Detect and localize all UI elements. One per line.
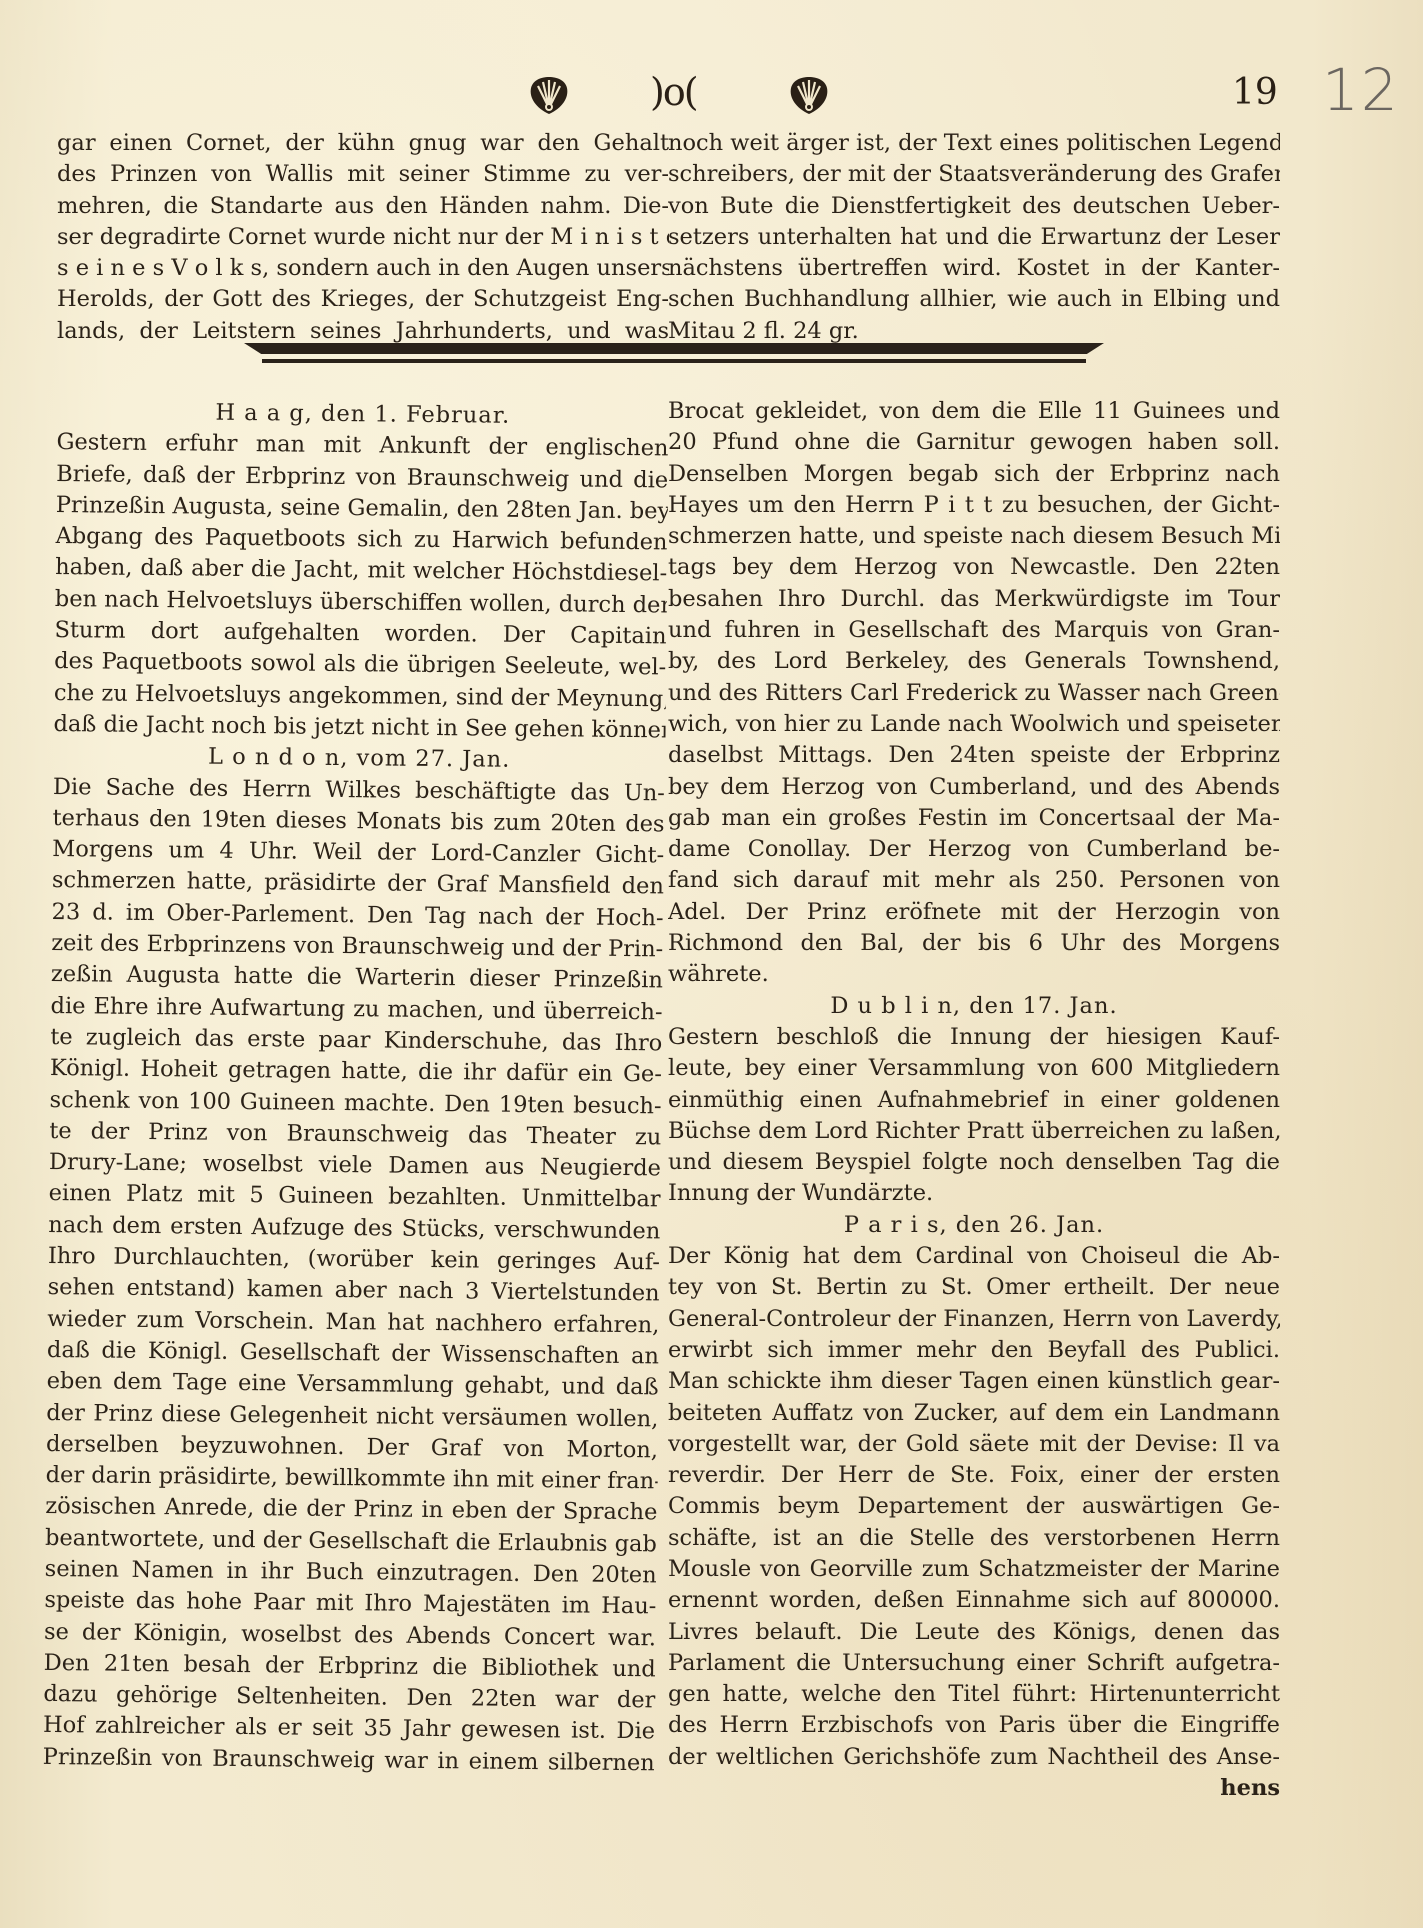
text-line: tags bey dem Herzog von Newcastle. Den 2… (668, 552, 1280, 583)
text-line: vorgestellt war, der Gold säete mit der … (668, 1429, 1280, 1460)
text-line: daselbst Mittags. Den 24ten speiste der … (668, 740, 1280, 771)
text-line: von Bute die Dienstfertigkeit des deutsc… (668, 191, 1280, 222)
text-line: Denselben Morgen begab sich der Erbprinz… (668, 459, 1280, 490)
text-line: setzers unterhalten hat und die Erwartun… (668, 222, 1280, 253)
text-line: und fuhren in Gesellschaft des Marquis v… (668, 615, 1280, 646)
text-line: Richmond den Bal, der bis 6 Uhr des Morg… (668, 928, 1280, 959)
shell-ornament-icon (526, 74, 572, 118)
text-line: Herolds, der Gott des Krieges, der Schut… (57, 284, 669, 315)
text-line: ser degradirte Cornet wurde nicht nur de… (57, 222, 669, 253)
text-line: gen hatte, welche den Titel führt: Hirte… (668, 1679, 1280, 1710)
text-line: leute, bey einer Versammlung von 600 Mit… (668, 1053, 1280, 1084)
text-line: Man schickte ihm dieser Tagen einen küns… (668, 1366, 1280, 1397)
text-line: Büchse dem Lord Richter Pratt überreiche… (668, 1116, 1280, 1147)
text-line: mehren, die Standarte aus den Händen nah… (57, 191, 669, 222)
text-line: General-Controleur der Finanzen, Herrn v… (668, 1304, 1280, 1335)
text-line: Gestern beschloß die Innung der hiesigen… (668, 1022, 1280, 1053)
text-line: Prinzeßin von Braunschweig war in einem … (43, 1742, 655, 1780)
text-line: noch weit ärger ist, der Text eines poli… (668, 128, 1280, 159)
text-line: Commis beym Departement der auswärtigen … (668, 1491, 1280, 1522)
newspaper-page: )o( 19 12 gar einen Cornet, der kühn gnu… (0, 0, 1423, 1928)
text-line: der weltlichen Gerichshöfe zum Nachtheil… (668, 1742, 1280, 1773)
text-line: Hayes um den Herrn P i t t zu besuchen, … (668, 490, 1280, 521)
text-line: des Prinzen von Wallis mit seiner Stimme… (57, 159, 669, 190)
text-line: Der König hat dem Cardinal von Choiseul … (668, 1241, 1280, 1272)
paragraph-last-line: Innung der Wundärzte. (668, 1178, 1280, 1209)
dateline-heading: P a r i s, den 26. Jan. (668, 1210, 1280, 1241)
text-line: Adel. Der Prinz eröfnete mit der Herzogi… (668, 897, 1280, 928)
text-line: und des Ritters Carl Frederick zu Wasser… (668, 678, 1280, 709)
section-divider-rule (244, 343, 1104, 363)
text-line: fand sich darauf mit mehr als 250. Perso… (668, 865, 1280, 896)
text-line: dame Conollay. Der Herzog von Cumberland… (668, 834, 1280, 865)
text-line: Brocat gekleidet, von dem die Elle 11 Gu… (668, 396, 1280, 427)
text-line: ernennt worden, deßen Einnahme sich auf … (668, 1585, 1280, 1616)
text-line: reverdir. Der Herr de Ste. Foix, einer d… (668, 1460, 1280, 1491)
catchword: hens (668, 1773, 1280, 1804)
text-line: beiteten Auffatz von Zucker, auf dem ein… (668, 1398, 1280, 1429)
pencil-archive-number: 12 (1322, 56, 1400, 124)
page-header: )o( 19 12 (0, 70, 1423, 126)
text-line: gab man ein großes Festin im Concertsaal… (668, 803, 1280, 834)
text-line: besahen Ihro Durchl. das Merkwürdigste i… (668, 584, 1280, 615)
shell-ornament-icon (786, 74, 832, 118)
paragraph-last-line: währete. (668, 959, 1280, 990)
text-line: 20 Pfund ohne die Garnitur gewogen haben… (668, 427, 1280, 458)
text-line: schmerzen hatte, und speiste nach diesem… (668, 521, 1280, 552)
divider-thick-line (244, 343, 1104, 354)
text-line: einmüthig einen Aufnahmebrief in einer g… (668, 1085, 1280, 1116)
text-line: bey dem Herzog von Cumberland, und des A… (668, 772, 1280, 803)
text-line: tey von St. Bertin zu St. Omer ertheilt.… (668, 1272, 1280, 1303)
text-line: schäfte, ist an die Stelle des verstorbe… (668, 1523, 1280, 1554)
dateline-heading: D u b l i n, den 17. Jan. (668, 991, 1280, 1022)
text-line: des Herrn Erzbischofs von Paris über die… (668, 1710, 1280, 1741)
text-line: Mousle von Georville zum Schatzmeister d… (668, 1554, 1280, 1585)
text-line: schreibers, der mit der Staatsveränderun… (668, 159, 1280, 190)
text-line: nächstens übertreffen wird. Kostet in de… (668, 253, 1280, 284)
bottom-left-column: H a a g, den 1. Februar.Gestern erfuhr m… (43, 396, 669, 1779)
text-line: schen Buchhandlung allhier, wie auch in … (668, 284, 1280, 315)
center-ornament: )o( (650, 70, 697, 114)
divider-thin-line (262, 359, 1086, 363)
page-number: 19 (1232, 72, 1278, 113)
text-line: erwirbt sich immer mehr den Beyfall des … (668, 1335, 1280, 1366)
text-line: s e i n e s V o l k s, sondern auch in d… (57, 253, 669, 284)
text-line: wich, von hier zu Lande nach Woolwich un… (668, 709, 1280, 740)
text-line: Livres belauft. Die Leute des Königs, de… (668, 1617, 1280, 1648)
top-left-column: gar einen Cornet, der kühn gnug war den … (57, 128, 669, 347)
bottom-right-column: Brocat gekleidet, von dem die Elle 11 Gu… (668, 396, 1280, 1804)
text-line: und diesem Beyspiel folgte noch denselbe… (668, 1147, 1280, 1178)
text-line: Parlament die Untersuchung einer Schrift… (668, 1648, 1280, 1679)
text-line: gar einen Cornet, der kühn gnug war den … (57, 128, 669, 159)
top-right-column: noch weit ärger ist, der Text eines poli… (668, 128, 1280, 347)
text-line: by, des Lord Berkeley, des Generals Town… (668, 646, 1280, 677)
